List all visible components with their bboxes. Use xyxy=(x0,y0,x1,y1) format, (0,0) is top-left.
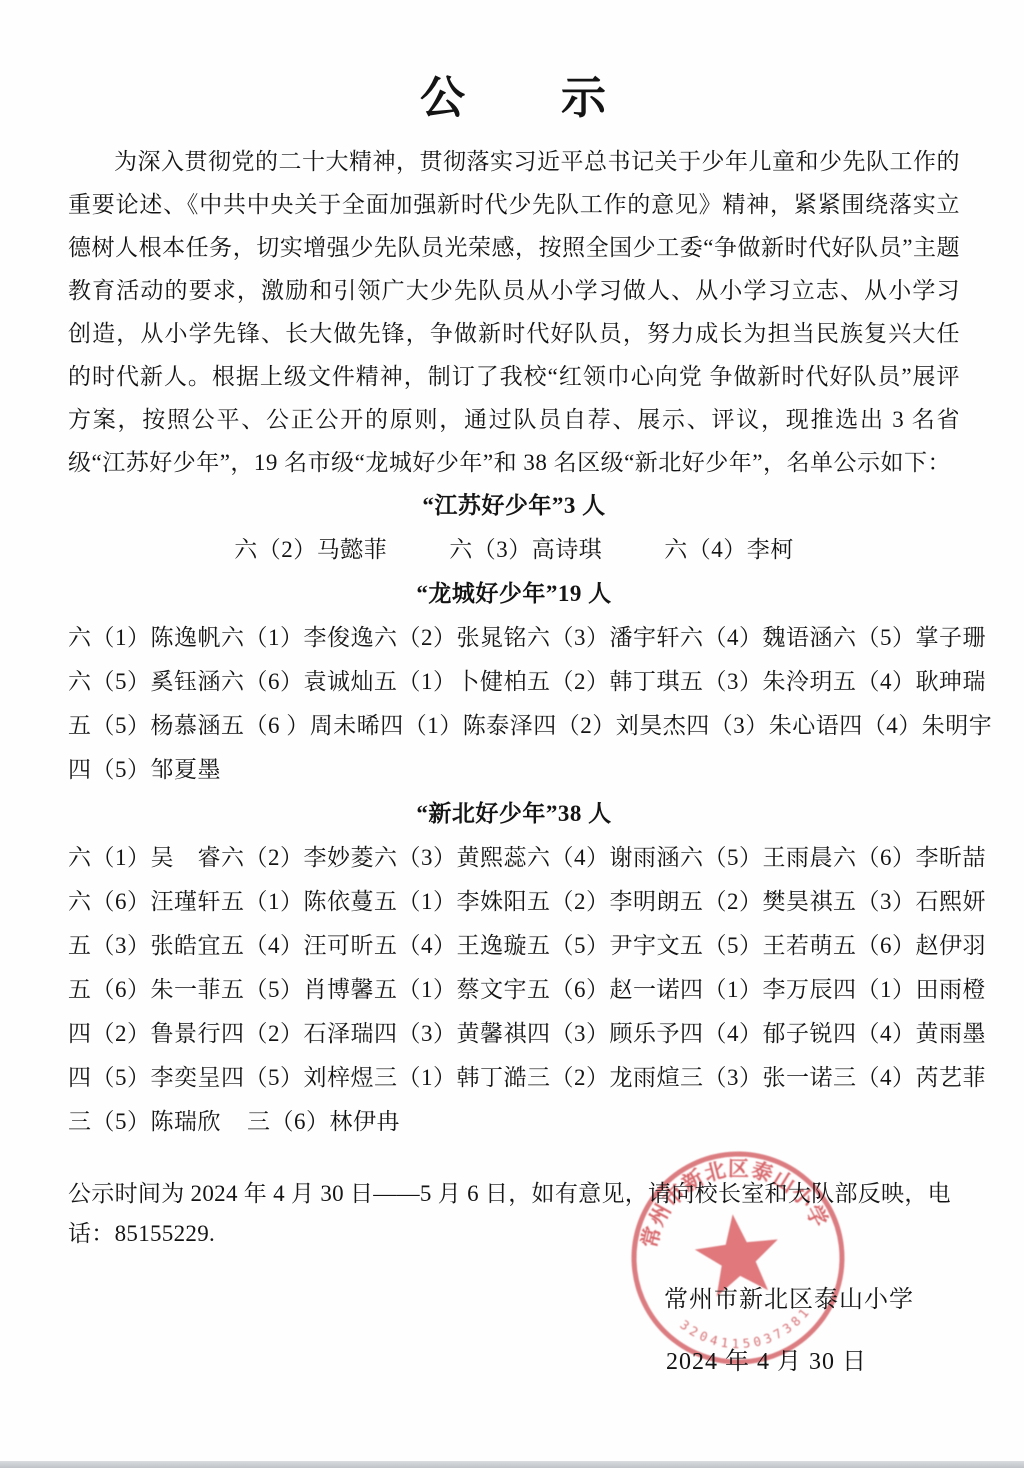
scan-bottom-edge xyxy=(0,1461,1024,1468)
student-entry: 五（5）杨慕涵 xyxy=(68,704,221,748)
student-entry: 六（2）李妙菱 xyxy=(221,836,374,880)
student-entry: 五（1）陈依蔓 xyxy=(221,880,374,924)
student-entry: 六（4）谢雨涵 xyxy=(527,836,680,880)
student-entry: 四（1）陈泰泽 xyxy=(380,704,533,748)
student-entry: 五（6）赵一诺 xyxy=(527,968,680,1012)
student-entry: 四（4）黄雨墨 xyxy=(833,1012,986,1056)
student-entry: 五（4）汪可昕 xyxy=(221,924,374,968)
student-entry: 三（5）陈瑞欣 xyxy=(68,1100,221,1144)
student-entry: 四（2）刘昊杰 xyxy=(533,704,686,748)
student-entry: 六（6）汪瑾轩 xyxy=(68,880,221,924)
student-entry: 五（4）王逸璇 xyxy=(374,924,527,968)
student-entry: 五（1）卜健柏 xyxy=(374,660,527,704)
student-entry: 四（5）李奕呈 xyxy=(68,1056,221,1100)
page-title: 公 示 xyxy=(68,0,960,126)
name-list-row: 六（5）奚钰涵六（6）袁诚灿五（1）卜健柏五（2）韩丁琪五（3）朱泠玥五（4）耿… xyxy=(68,660,960,704)
student-entry: 四（1）李万辰 xyxy=(680,968,833,1012)
student-entry: 六（1）李俊逸 xyxy=(221,616,374,660)
name-list-row: 四（2）鲁景行四（2）石泽瑞四（3）黄馨祺四（3）顾乐予四（4）郁子锐四（4）黄… xyxy=(68,1012,960,1056)
student-entry: 三（6）林伊冉 xyxy=(247,1100,400,1144)
section-heading: “龙城好少年”19 人 xyxy=(68,572,960,616)
student-entry: 五（5）尹宇文 xyxy=(527,924,680,968)
student-entry: 五（1）蔡文宇 xyxy=(374,968,527,1012)
student-entry: 四（5）邹夏墨 xyxy=(68,748,221,792)
student-entry: 六（2）张晁铭 xyxy=(374,616,527,660)
student-entry: 六（3）高诗琪 xyxy=(449,528,602,572)
student-entry: 六（5）王雨晨 xyxy=(680,836,833,880)
student-entry: 六（5）掌子珊 xyxy=(833,616,986,660)
student-entry: 五（6 ）周未晞 xyxy=(221,704,380,748)
student-entry: 四（2）鲁景行 xyxy=(68,1012,221,1056)
announcement-document: 常州市新北区泰山小学 3204115037381 公 示 为深入贯彻党的二十大精… xyxy=(0,0,1024,1468)
student-entry: 三（1）韩丁澔 xyxy=(374,1056,527,1100)
student-entry: 五（3）石熙妍 xyxy=(833,880,986,924)
student-entry: 六（6）袁诚灿 xyxy=(221,660,374,704)
student-entry: 五（2）韩丁琪 xyxy=(527,660,680,704)
student-entry: 六（2）马懿菲 xyxy=(234,528,387,572)
student-entry: 四（1）田雨橙 xyxy=(833,968,986,1012)
announcement-date: 2024 年 4 月 30 日 xyxy=(666,1342,960,1382)
student-entry: 六（3）黄熙蕊 xyxy=(374,836,527,880)
student-entry: 六（1）吴 睿 xyxy=(68,836,221,880)
name-list-row: 四（5）李奕呈四（5）刘梓煜三（1）韩丁澔三（2）龙雨煊三（3）张一诺三（4）芮… xyxy=(68,1056,960,1100)
student-entry: 四（4）朱明宇 xyxy=(839,704,992,748)
student-entry: 五（3）朱泠玥 xyxy=(680,660,833,704)
student-entry: 四（2）石泽瑞 xyxy=(221,1012,374,1056)
student-entry: 三（2）龙雨煊 xyxy=(527,1056,680,1100)
name-list-row: 六（1）吴 睿六（2）李妙菱六（3）黄熙蕊六（4）谢雨涵六（5）王雨晨六（6）李… xyxy=(68,836,960,880)
student-entry: 五（2）樊昊祺 xyxy=(680,880,833,924)
student-entry: 四（3）顾乐予 xyxy=(527,1012,680,1056)
student-entry: 五（5）王若萌 xyxy=(680,924,833,968)
school-signature: 常州市新北区泰山小学 xyxy=(664,1280,960,1320)
student-entry: 五（1）李姝阳 xyxy=(374,880,527,924)
student-entry: 四（3）黄馨祺 xyxy=(374,1012,527,1056)
student-entry: 四（5）刘梓煜 xyxy=(221,1056,374,1100)
public-notice-period: 公示时间为 2024 年 4 月 30 日——5 月 6 日，如有意见，请向校长… xyxy=(68,1174,960,1254)
student-entry: 六（1）陈逸帆 xyxy=(68,616,221,660)
announcement-body-paragraph: 为深入贯彻党的二十大精神，贯彻落实习近平总书记关于少年儿童和少先队工作的重要论述… xyxy=(68,140,960,484)
name-list-row: 五（6）朱一菲五（5）肖博馨五（1）蔡文宇五（6）赵一诺四（1）李万辰四（1）田… xyxy=(68,968,960,1012)
student-entry: 五（6）赵伊羽 xyxy=(833,924,986,968)
student-entry: 五（4）耿珅瑞 xyxy=(833,660,986,704)
student-entry: 五（6）朱一菲 xyxy=(68,968,221,1012)
student-entry: 六（6）李昕喆 xyxy=(833,836,986,880)
student-entry: 三（4）芮艺菲 xyxy=(833,1056,986,1100)
student-entry: 六（3）潘宇轩 xyxy=(527,616,680,660)
student-entry: 三（3）张一诺 xyxy=(680,1056,833,1100)
student-entry: 五（5）肖博馨 xyxy=(221,968,374,1012)
student-entry: 五（2）李明朗 xyxy=(527,880,680,924)
name-list-row: 六（1）陈逸帆六（1）李俊逸六（2）张晁铭六（3）潘宇轩六（4）魏语涵六（5）掌… xyxy=(68,616,960,660)
name-list-row: 三（5）陈瑞欣三（6）林伊冉 xyxy=(68,1100,960,1144)
student-entry: 六（4）魏语涵 xyxy=(680,616,833,660)
name-list-row: 五（3）张皓宜五（4）汪可昕五（4）王逸璇五（5）尹宇文五（5）王若萌五（6）赵… xyxy=(68,924,960,968)
name-list-row: 四（5）邹夏墨 xyxy=(68,748,960,792)
section-heading: “江苏好少年”3 人 xyxy=(68,484,960,528)
section-heading: “新北好少年”38 人 xyxy=(68,792,960,836)
student-entry: 四（4）郁子锐 xyxy=(680,1012,833,1056)
award-sections: “江苏好少年”3 人六（2）马懿菲六（3）高诗琪六（4）李柯“龙城好少年”19 … xyxy=(68,484,960,1144)
student-entry: 六（4）李柯 xyxy=(664,528,794,572)
name-list-row: 六（2）马懿菲六（3）高诗琪六（4）李柯 xyxy=(68,528,960,572)
student-entry: 四（3）朱心语 xyxy=(686,704,839,748)
student-entry: 六（5）奚钰涵 xyxy=(68,660,221,704)
name-list-row: 六（6）汪瑾轩五（1）陈依蔓五（1）李姝阳五（2）李明朗五（2）樊昊祺五（3）石… xyxy=(68,880,960,924)
name-list-row: 五（5）杨慕涵五（6 ）周未晞四（1）陈泰泽四（2）刘昊杰四（3）朱心语四（4）… xyxy=(68,704,960,748)
student-entry: 五（3）张皓宜 xyxy=(68,924,221,968)
